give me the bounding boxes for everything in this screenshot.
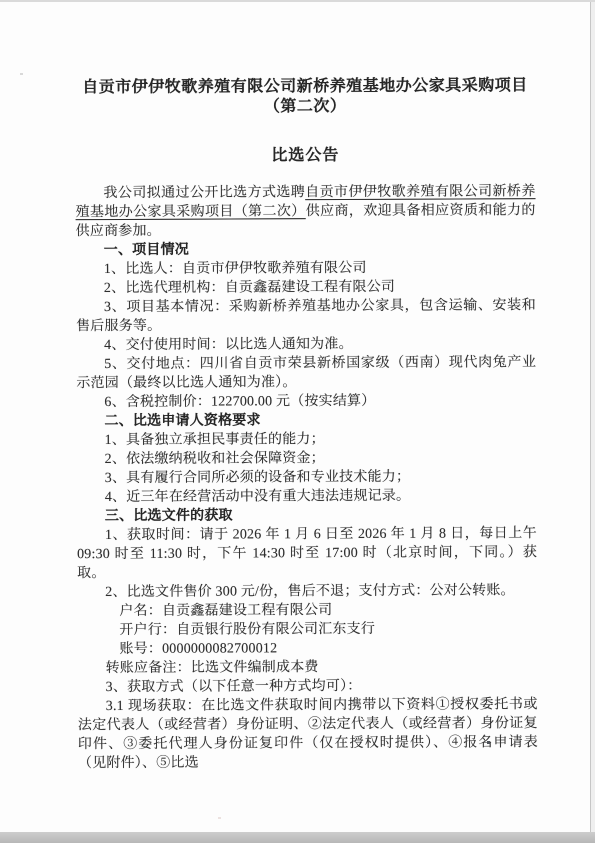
scan-edge-right [590,2,595,832]
document-content: 自贡市伊伊牧歌养殖有限公司新桥养殖基地办公家具采购项目 （第二次） 比选公告 我… [75,76,538,773]
section1-heading: 一、项目情况 [76,239,536,260]
document-title: 自贡市伊伊牧歌养殖有限公司新桥养殖基地办公家具采购项目 （第二次） [75,76,535,118]
scan-artifact-speck [20,73,23,75]
scan-artifact-speck [218,817,221,819]
section1-item-delivery-time: 4、交付使用时间：以比选人通知为准。 [76,334,536,355]
section1-item-control-price: 6、含税控制价：122700.00 元（按实结算） [76,391,536,412]
bank-name: 开户行：自贡银行股份有限公司汇东支行 [77,619,537,640]
intro-paragraph: 我公司拟通过公开比选方式选聘自贡市伊伊牧歌养殖有限公司新桥养殖基地办公家具采购项… [75,182,535,241]
scan-artifact-speck [487,741,490,744]
section1-item-agency: 2、比选代理机构：自贡鑫磊建设工程有限公司 [76,277,536,298]
bank-account-number: 账号：0000000082700012 [77,638,537,659]
section3-item-price: 2、比选文件售价 300 元/份，售后不退；支付方式：公对公转账。 [77,581,537,602]
section2-item-record: 4、近三年在经营活动中没有重大违法违规记录。 [77,486,537,507]
section3-item-obtain-method: 3、获取方式（以下任意一种方式均可）： [78,676,538,697]
section3-heading: 三、比选文件的获取 [77,505,537,526]
section3-item-onsite-obtain: 3.1 现场获取：在比选文件获取时间内携带以下资料①授权委托书或法定代表人（或经… [78,695,538,773]
document-page: 自贡市伊伊牧歌养殖有限公司新桥养殖基地办公家具采购项目 （第二次） 比选公告 我… [0,2,591,832]
transfer-note: 转账应备注：比选文件编制成本费 [78,657,538,678]
scan-edge-bottom [0,832,595,843]
section2-item-civil-liability: 1、具备独立承担民事责任的能力； [77,429,537,450]
bank-account-name: 户名：自贡鑫磊建设工程有限公司 [77,600,537,621]
section3-item-obtain-time: 1、获取时间：请于 2026 年 1 月 6 日至 2026 年 1 月 8 日… [77,524,537,583]
section2-item-capability: 3、具有履行合同所必须的设备和专业技术能力； [77,467,537,488]
section2-heading: 二、比选申请人资格要求 [76,410,536,431]
section1-item-bidder: 1、比选人：自贡市伊伊牧歌养殖有限公司 [76,258,536,279]
intro-prefix: 我公司拟通过公开比选方式选聘 [103,185,305,201]
notice-type-heading: 比选公告 [75,145,535,167]
section1-item-overview: 3、项目基本情况：采购新桥养殖基地办公家具，包含运输、安装和售后服务等。 [76,296,536,336]
section2-item-tax: 2、依法缴纳税收和社会保障资金； [77,448,537,469]
section1-item-delivery-place: 5、交付地点：四川省自贡市荣县新桥国家级（西南）现代肉兔产业示范园（最终以比选人… [76,353,536,393]
scan-edge-top [0,0,595,2]
